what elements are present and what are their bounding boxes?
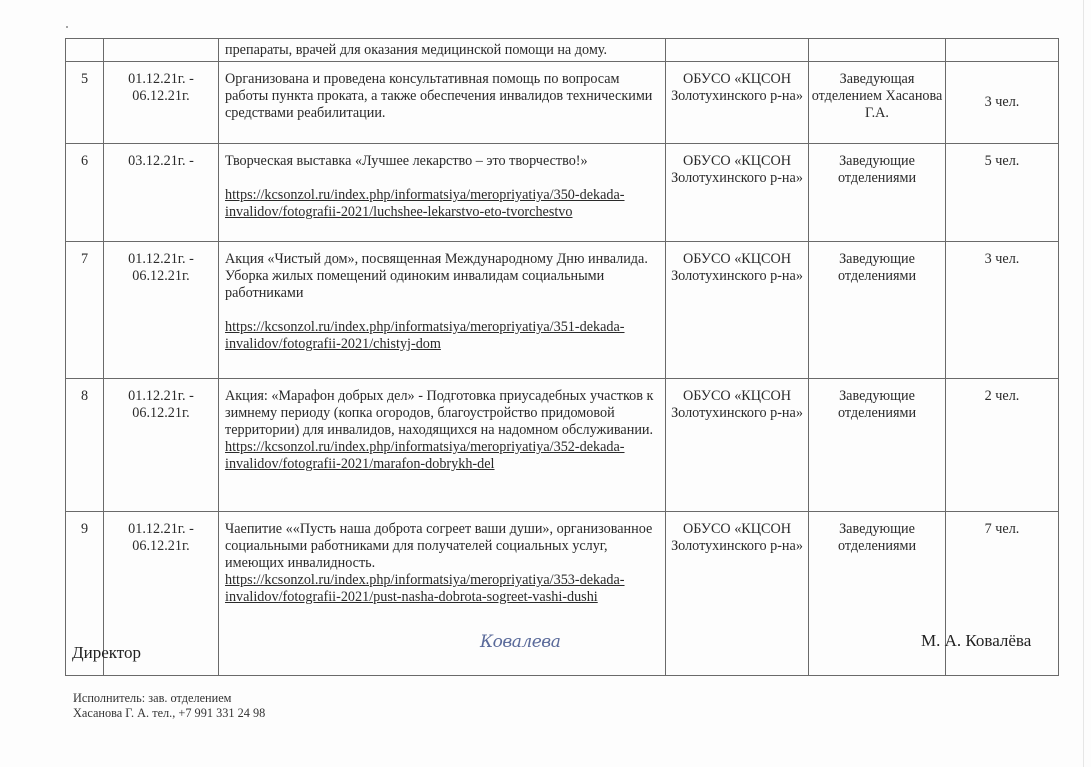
cell-description: Организована и проведена консультативная…	[219, 62, 666, 144]
cell-count: 5 чел.	[946, 144, 1059, 242]
scan-edge-line	[1083, 0, 1084, 767]
date-range: 01.12.21г. - 06.12.21г.	[128, 71, 194, 104]
cell-date	[104, 39, 219, 62]
event-description: Акция: «Марафон добрых дел» - Подготовка…	[225, 388, 653, 438]
cell-count: 3 чел.	[946, 62, 1059, 144]
cell-description: Чаепитие ««Пусть наша доброта согреет ва…	[219, 512, 666, 676]
cell-date: 01.12.21г. - 06.12.21г.	[104, 242, 219, 379]
event-link[interactable]: https://kcsonzol.ru/index.php/informatsi…	[225, 187, 661, 221]
event-description: Творческая выставка «Лучшее лекарство – …	[225, 153, 588, 169]
cell-description: Акция: «Марафон добрых дел» - Подготовка…	[219, 379, 666, 512]
cell-organization	[666, 39, 809, 62]
cell-organization: ОБУСО «КЦСОН Золотухинского р-на»	[666, 144, 809, 242]
signatory-title: Директор	[72, 643, 141, 663]
event-description: Чаепитие ««Пусть наша доброта согреет ва…	[225, 521, 652, 571]
scan-speck	[66, 26, 68, 28]
cell-num: 6	[66, 144, 104, 242]
executor-info: Исполнитель: зав. отделением Хасанова Г.…	[73, 691, 265, 721]
event-link[interactable]: https://kcsonzol.ru/index.php/informatsi…	[225, 572, 661, 606]
table-row: 9 01.12.21г. - 06.12.21г. Чаепитие ««Пус…	[66, 512, 1059, 676]
table-row: 7 01.12.21г. - 06.12.21г. Акция «Чистый …	[66, 242, 1059, 379]
cell-count	[946, 39, 1059, 62]
cell-date: 03.12.21г. -	[104, 144, 219, 242]
cell-count: 3 чел.	[946, 242, 1059, 379]
cell-responsible: Заведующие отделениями	[809, 242, 946, 379]
cell-num: 7	[66, 242, 104, 379]
event-link[interactable]: https://kcsonzol.ru/index.php/informatsi…	[225, 439, 661, 473]
cell-organization: ОБУСО «КЦСОН Золотухинского р-на»	[666, 62, 809, 144]
cell-num: 5	[66, 62, 104, 144]
cell-organization: ОБУСО «КЦСОН Золотухинского р-на»	[666, 512, 809, 676]
handwritten-signature: Ковалева	[480, 632, 560, 652]
table-row: 5 01.12.21г. - 06.12.21г. Организована и…	[66, 62, 1059, 144]
cell-description: Акция «Чистый дом», посвященная Междунар…	[219, 242, 666, 379]
cell-responsible: Заведующие отделениями	[809, 379, 946, 512]
event-description: Организована и проведена консультативная…	[225, 71, 652, 121]
event-link[interactable]: https://kcsonzol.ru/index.php/informatsi…	[225, 319, 661, 353]
cell-date: 01.12.21г. - 06.12.21г.	[104, 62, 219, 144]
cell-responsible: Заведующая отделением Хасанова Г.А.	[809, 62, 946, 144]
cell-description: Творческая выставка «Лучшее лекарство – …	[219, 144, 666, 242]
events-table: препараты, врачей для оказания медицинск…	[65, 38, 1059, 676]
event-description: Акция «Чистый дом», посвященная Междунар…	[225, 251, 648, 301]
table-row: 8 01.12.21г. - 06.12.21г. Акция: «Марафо…	[66, 379, 1059, 512]
cell-num	[66, 39, 104, 62]
table-row: 6 03.12.21г. - Творческая выставка «Лучш…	[66, 144, 1059, 242]
cell-organization: ОБУСО «КЦСОН Золотухинского р-на»	[666, 242, 809, 379]
cell-date: 01.12.21г. - 06.12.21г.	[104, 379, 219, 512]
executor-line-2: Хасанова Г. А. тел., +7 991 331 24 98	[73, 706, 265, 721]
cell-description: препараты, врачей для оказания медицинск…	[219, 39, 666, 62]
cell-responsible: Заведующие отделениями	[809, 144, 946, 242]
signatory-name: М. А. Ковалёва	[921, 631, 1031, 651]
executor-line-1: Исполнитель: зав. отделением	[73, 691, 265, 706]
cell-responsible	[809, 39, 946, 62]
table-row-continuation: препараты, врачей для оказания медицинск…	[66, 39, 1059, 62]
cell-count: 2 чел.	[946, 379, 1059, 512]
cell-num: 8	[66, 379, 104, 512]
cell-organization: ОБУСО «КЦСОН Золотухинского р-на»	[666, 379, 809, 512]
